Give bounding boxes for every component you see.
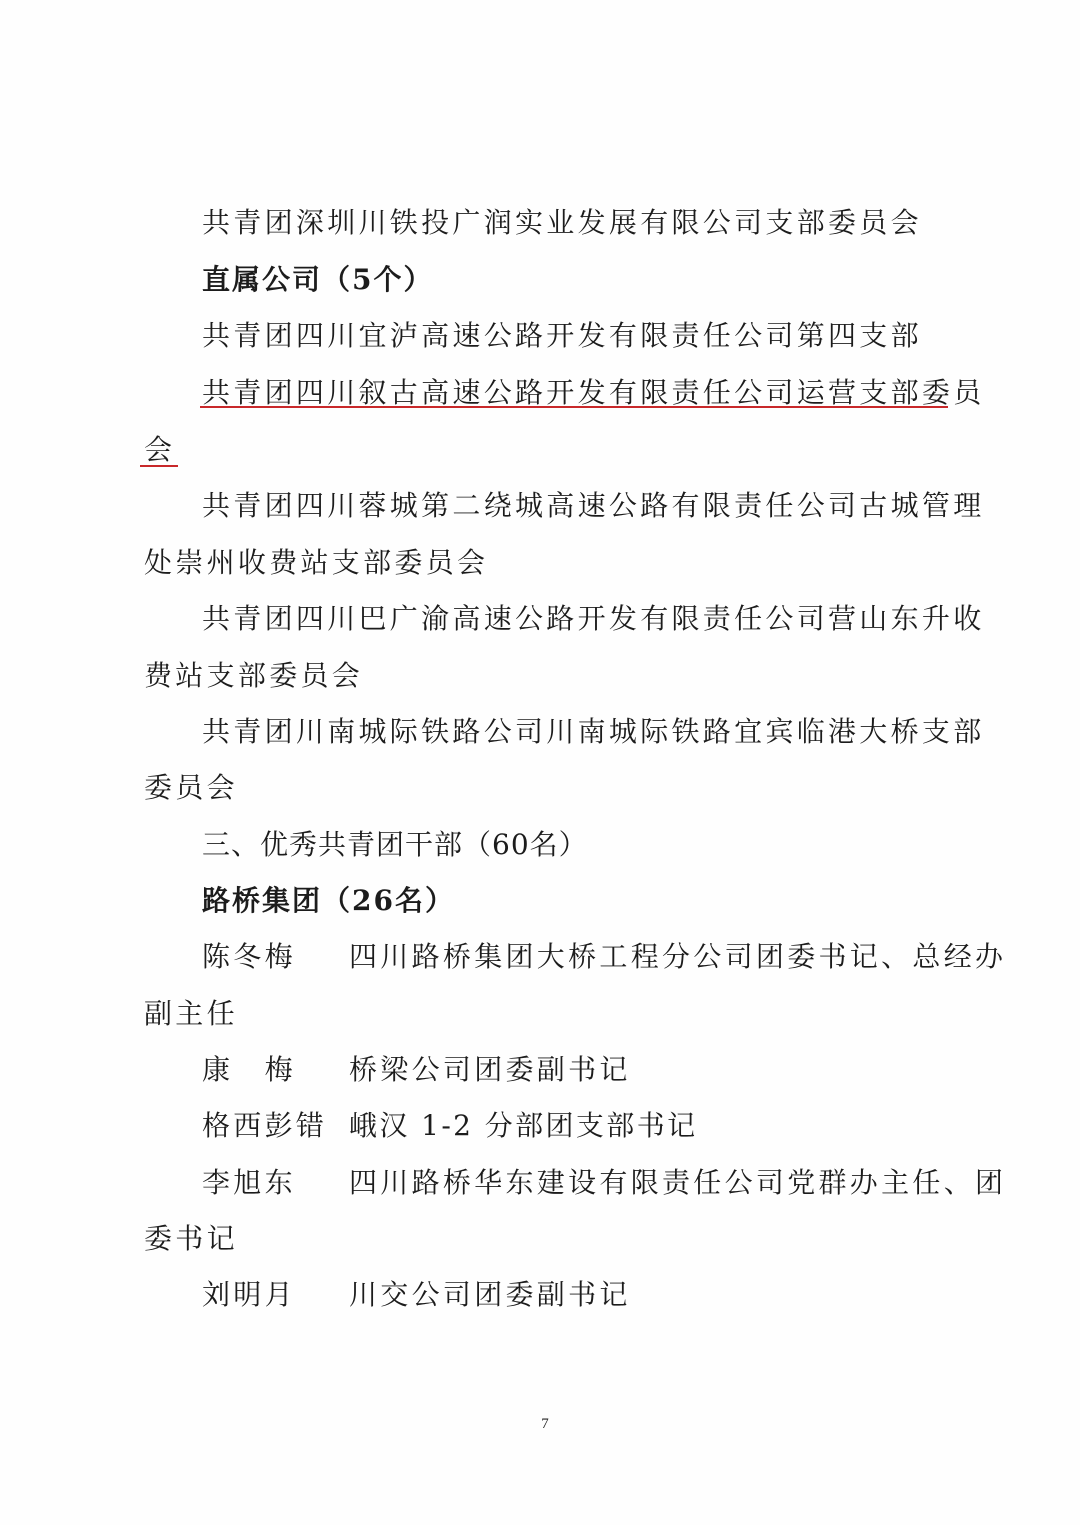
person-title: 峨汉 1-2 分部团支部书记 (349, 1106, 698, 1146)
page-number: 7 (533, 1416, 557, 1433)
person-name: 刘明月 (202, 1275, 296, 1315)
person-title: 桥梁公司团委副书记 (349, 1050, 631, 1090)
red-underline-annotation-continued (140, 465, 178, 467)
person-title: 四川路桥华东建设有限责任公司党群办主任、团 (349, 1163, 1006, 1203)
document-page: 共青团深圳川铁投广润实业发展有限公司支部委员会 直属公司（5个） 共青团四川宜泸… (0, 0, 1080, 1525)
org-line-shenzhen: 共青团深圳川铁投广润实业发展有限公司支部委员会 (202, 203, 922, 243)
org-line-rongcheng-part1: 共青团四川蓉城第二绕城高速公路有限责任公司古城管理 (202, 486, 985, 526)
org-line-yilu: 共青团四川宜泸高速公路开发有限责任公司第四支部 (202, 316, 922, 356)
person-title: 川交公司团委副书记 (349, 1275, 631, 1315)
red-underline-annotation (200, 406, 948, 408)
person-title-continued: 副主任 (144, 994, 238, 1034)
section-heading-outstanding-cadres: 三、优秀共青团干部（60名） (202, 825, 588, 865)
org-line-chuannan-part1: 共青团川南城际铁路公司川南城际铁路宜宾临港大桥支部 (202, 712, 985, 752)
org-line-rongcheng-part2: 处崇州收费站支部委员会 (144, 543, 488, 583)
person-title-continued: 委书记 (144, 1219, 238, 1259)
heading-direct-companies: 直属公司（5个） (202, 260, 433, 300)
org-line-baguangyu-part1: 共青团四川巴广渝高速公路开发有限责任公司营山东升收 (202, 599, 985, 639)
person-name: 陈冬梅 (202, 937, 296, 977)
org-line-xugu-part2: 会 (144, 430, 175, 470)
org-line-chuannan-part2: 委员会 (144, 768, 238, 808)
person-name: 李旭东 (202, 1163, 296, 1203)
person-title: 四川路桥集团大桥工程分公司团委书记、总经办 (349, 937, 1006, 977)
person-name: 康 梅 (202, 1050, 296, 1090)
heading-luqiao-group: 路桥集团（26名） (202, 881, 455, 921)
person-name: 格西彭错 (202, 1106, 327, 1146)
org-line-baguangyu-part2: 费站支部委员会 (144, 656, 363, 696)
